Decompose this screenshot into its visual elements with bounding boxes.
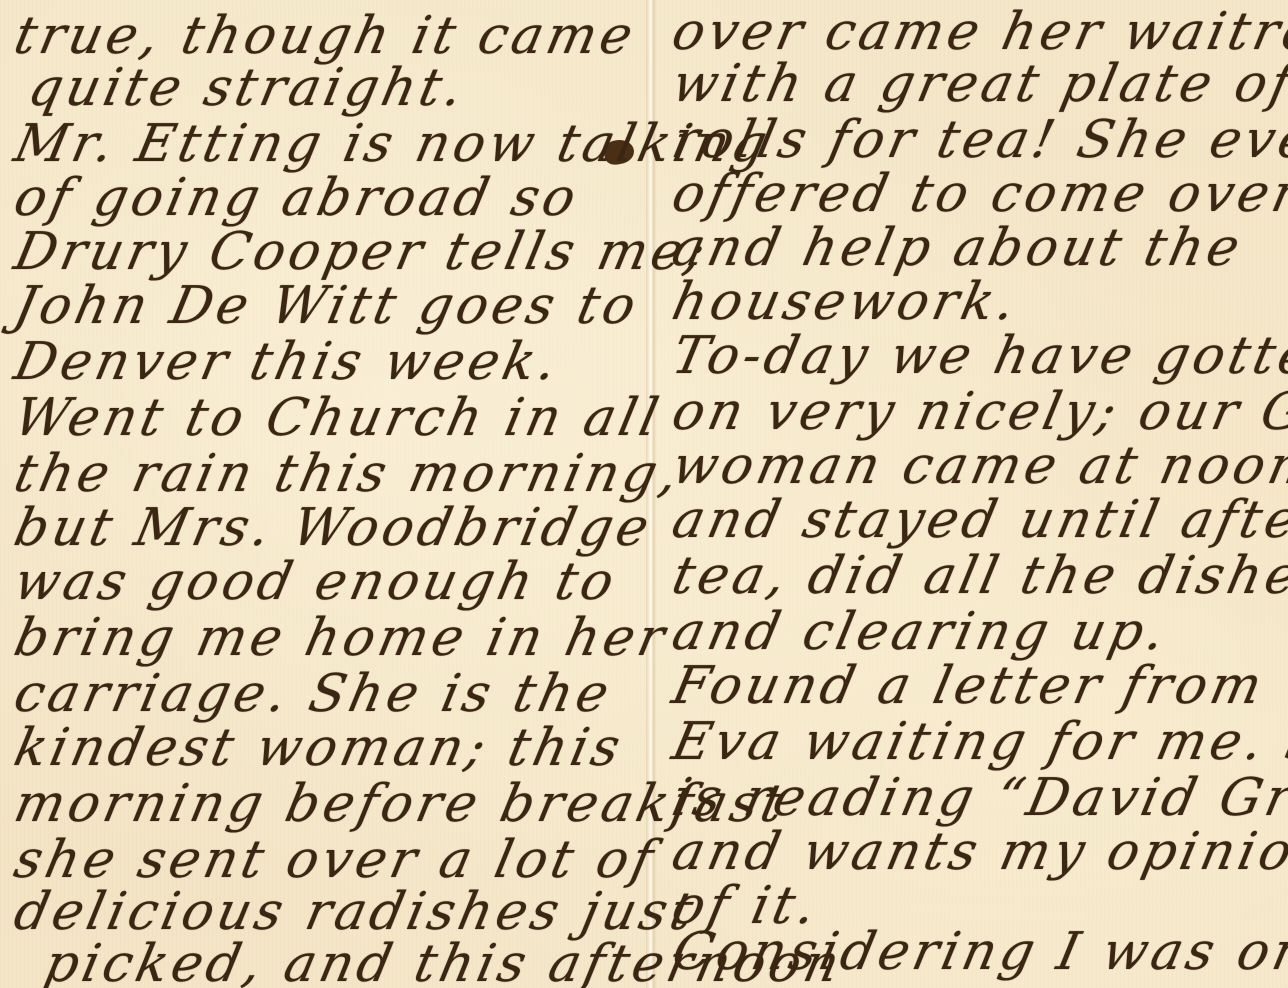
handwritten-line: Denver this week. (10, 336, 565, 388)
handwritten-line: housework. (668, 276, 1024, 328)
handwritten-line: bring me home in her (10, 612, 673, 664)
handwritten-line: woman came at noon (668, 440, 1288, 492)
left-column: true, though it came quite straight. Mr.… (10, 0, 640, 988)
handwritten-line: of going abroad so (10, 172, 584, 224)
handwritten-line: is reading “David Grieve” (668, 772, 1288, 824)
handwritten-line: delicious radishes just (10, 886, 701, 938)
handwritten-line: Considering I was only (668, 926, 1288, 978)
handwritten-line: tea, did all the dishes (668, 550, 1288, 602)
right-column: over came her waitress with a great plat… (668, 0, 1278, 988)
handwritten-line: with a great plate of (668, 58, 1288, 110)
handwritten-line: was good enough to (10, 556, 622, 608)
handwritten-line: and stayed until after (668, 494, 1288, 546)
handwritten-line: the rain this morning, (10, 448, 686, 500)
handwritten-line: Went to Church in all (10, 392, 666, 444)
letter-page: true, though it came quite straight. Mr.… (0, 0, 1288, 988)
handwritten-line: carriage. She is the (10, 668, 617, 720)
handwritten-line: but Mrs. Woodbridge (10, 502, 657, 554)
handwritten-line: Found a letter from (668, 660, 1270, 712)
handwritten-line: over came her waitress (668, 6, 1288, 58)
handwritten-line: To-day we have gotten (668, 330, 1288, 382)
handwritten-line: offered to come over (668, 168, 1288, 220)
handwritten-line: true, though it came (10, 10, 641, 62)
handwritten-line: Mr. Etting is now talking (10, 118, 775, 170)
handwritten-line: rolls for tea! She even (668, 114, 1288, 166)
handwritten-line: and wants my opinion (668, 826, 1288, 878)
handwritten-line: kindest woman; this (10, 722, 628, 774)
handwritten-line: and help about the (668, 222, 1248, 274)
handwritten-line: quite straight. (24, 62, 471, 114)
handwritten-line: Eva waiting for me. She (668, 716, 1288, 768)
handwritten-line: and clearing up. (668, 606, 1173, 658)
handwritten-line: on very nicely; our German (668, 386, 1288, 438)
handwritten-line: she sent over a lot of (10, 834, 661, 886)
handwritten-line: John De Witt goes to (10, 280, 644, 332)
handwritten-line: Drury Cooper tells me; (10, 226, 713, 278)
